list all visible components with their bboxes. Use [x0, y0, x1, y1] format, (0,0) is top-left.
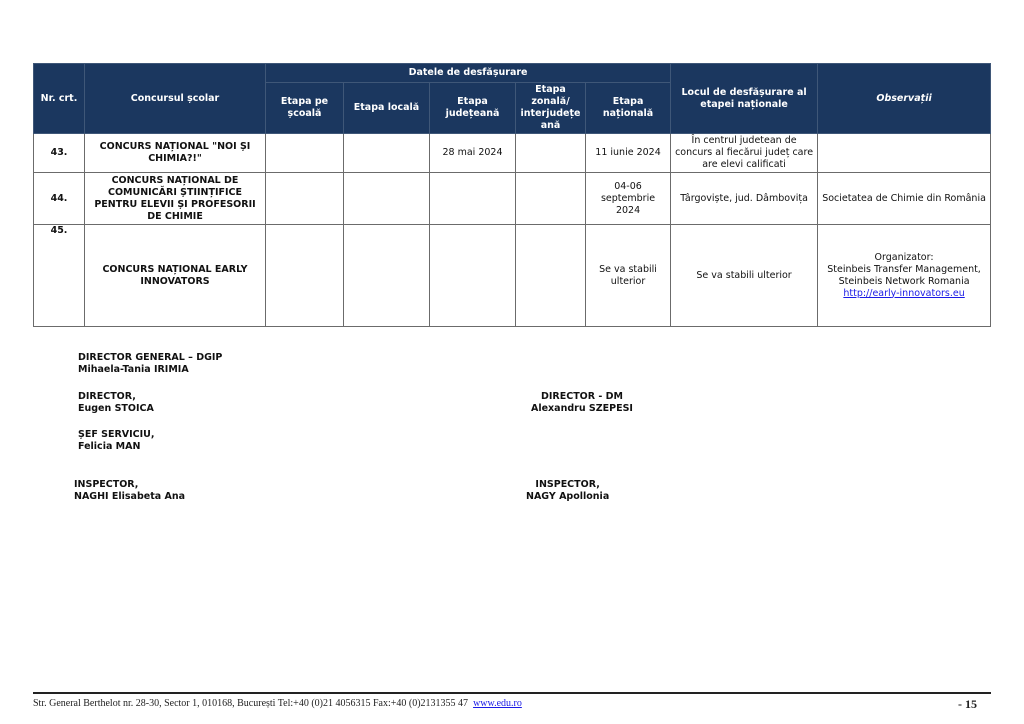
organizer-label: Organizator: [821, 252, 987, 264]
signature-name: Felicia MAN [78, 441, 155, 453]
header-date-group: Datele de desfășurare [266, 64, 671, 83]
cell-locul: Se va stabili ulterior [671, 225, 818, 327]
signature-name: Eugen STOICA [78, 403, 154, 415]
header-etapa-judeteana: Etapa județeană [430, 83, 516, 134]
header-observatii: Observații [818, 64, 991, 134]
header-etapa-nationala: Etapa națională [586, 83, 671, 134]
cell-etapa-locala [344, 173, 430, 225]
cell-etapa-scoala [266, 173, 344, 225]
header-nr: Nr. crt. [34, 64, 85, 134]
footer-website-link[interactable]: www.edu.ro [473, 698, 522, 709]
signature-name: NAGY Apollonia [526, 491, 609, 503]
signature-title: DIRECTOR GENERAL – DGIP [78, 352, 222, 364]
header-concurs: Concursul școlar [85, 64, 266, 134]
header-locul: Locul de desfășurare al etapei naționale [671, 64, 818, 134]
cell-etapa-judeteana: 28 mai 2024 [430, 134, 516, 173]
signature-title: INSPECTOR, [526, 479, 609, 491]
early-innovators-link[interactable]: http://early-innovators.eu [843, 288, 964, 299]
cell-concurs: CONCURS NAȚIONAL "NOI ȘI CHIMIA?!" [85, 134, 266, 173]
cell-nr: 44. [34, 173, 85, 225]
footer-address-text: Str. General Berthelot nr. 28-30, Sector… [33, 698, 468, 709]
cell-locul: Târgoviște, jud. Dâmbovița [671, 173, 818, 225]
cell-locul: În centrul judetean de concurs al fiecăr… [671, 134, 818, 173]
signature-title: INSPECTOR, [74, 479, 185, 491]
cell-observatii: Organizator: Steinbeis Transfer Manageme… [818, 225, 991, 327]
cell-etapa-nationala: 11 iunie 2024 [586, 134, 671, 173]
competitions-table: Nr. crt. Concursul școlar Datele de desf… [33, 63, 991, 327]
cell-etapa-zonala [516, 134, 586, 173]
cell-etapa-zonala [516, 225, 586, 327]
cell-etapa-scoala [266, 134, 344, 173]
cell-nr: 45. [34, 225, 85, 327]
page-number: - 15 [958, 697, 977, 712]
organizer-line-3: Steinbeis Network Romania [821, 276, 987, 288]
cell-etapa-judeteana [430, 225, 516, 327]
signature-title: DIRECTOR - DM [531, 391, 633, 403]
signature-name: NAGHI Elisabeta Ana [74, 491, 185, 503]
cell-etapa-judeteana [430, 173, 516, 225]
table-row: 45. CONCURS NAȚIONAL EARLY INNOVATORS Se… [34, 225, 991, 327]
signature-inspector-2: INSPECTOR, NAGY Apollonia [526, 479, 609, 503]
cell-etapa-nationala: Se va stabili ulterior [586, 225, 671, 327]
signature-inspector-1: INSPECTOR, NAGHI Elisabeta Ana [74, 479, 185, 503]
cell-etapa-nationala: 04-06 septembrie 2024 [586, 173, 671, 225]
header-etapa-locala: Etapa locală [344, 83, 430, 134]
footer-address: Str. General Berthelot nr. 28-30, Sector… [33, 698, 522, 709]
cell-etapa-zonala [516, 173, 586, 225]
cell-etapa-locala [344, 134, 430, 173]
signature-name: Alexandru SZEPESI [531, 403, 633, 415]
signature-sef-serviciu: ȘEF SERVICIU, Felicia MAN [78, 429, 155, 453]
header-etapa-zonala: Etapa zonală/ interjudețe ană [516, 83, 586, 134]
signature-name: Mihaela-Tania IRIMIA [78, 364, 222, 376]
signature-title: ȘEF SERVICIU, [78, 429, 155, 441]
cell-observatii [818, 134, 991, 173]
signature-director-general: DIRECTOR GENERAL – DGIP Mihaela-Tania IR… [78, 352, 222, 376]
table-row: 43. CONCURS NAȚIONAL "NOI ȘI CHIMIA?!" 2… [34, 134, 991, 173]
cell-observatii: Societatea de Chimie din România [818, 173, 991, 225]
signature-director-dm: DIRECTOR - DM Alexandru SZEPESI [531, 391, 633, 415]
table-row: 44. CONCURS NAȚIONAL DE COMUNICĂRI ȘTIIN… [34, 173, 991, 225]
cell-nr: 43. [34, 134, 85, 173]
organizer-line-2: Steinbeis Transfer Management, [821, 264, 987, 276]
cell-etapa-scoala [266, 225, 344, 327]
cell-etapa-locala [344, 225, 430, 327]
signature-title: DIRECTOR, [78, 391, 154, 403]
cell-concurs: CONCURS NAȚIONAL EARLY INNOVATORS [85, 225, 266, 327]
signature-director: DIRECTOR, Eugen STOICA [78, 391, 154, 415]
header-etapa-scoala: Etapa pe școală [266, 83, 344, 134]
footer-divider [33, 692, 991, 694]
cell-concurs: CONCURS NAȚIONAL DE COMUNICĂRI ȘTIINȚIFI… [85, 173, 266, 225]
